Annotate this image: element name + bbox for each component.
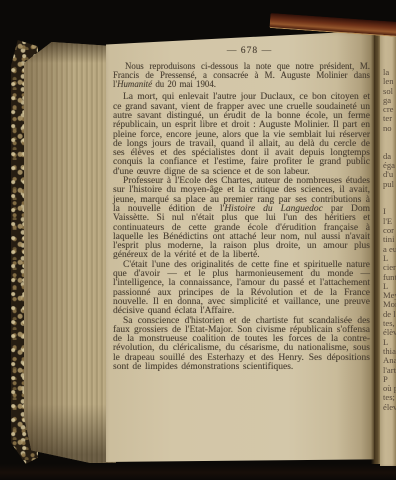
paragraph-3: C'était l'une des originalités de cette … <box>113 261 370 317</box>
paragraph-3-text: C'était l'une des originalités de cette … <box>113 260 370 316</box>
book-page: — 678 — Nous reproduisons ci-dessous la … <box>106 28 374 462</box>
journal-title-humanite: Humanité <box>117 79 152 89</box>
right-page-fragment <box>383 133 396 142</box>
book-gutter-shadow <box>371 26 380 464</box>
paragraph-2-text-end: par Dom Vaissètte. Si nul n'était plus q… <box>113 204 370 260</box>
fanned-page-edges <box>24 42 116 463</box>
note-text-end: du 20 mai 1904. <box>152 79 216 89</box>
paragraph-2: Professeur à l'Ecole des Chartes, auteur… <box>113 177 370 261</box>
paragraph-4: Sa conscience d'historien et de chartist… <box>113 317 370 373</box>
right-page-fragments: lalensolgacreternodaégad'upulIl'Ecortini… <box>383 68 396 412</box>
bottom-shadow <box>0 464 396 480</box>
facing-page-sliver: lalensolgacreternodaégad'upulIl'Ecortini… <box>380 26 396 466</box>
right-page-fragment <box>383 189 396 198</box>
paragraph-1: La mort, qui enlevait l'autre jour Ducla… <box>113 93 370 177</box>
page-number: — 678 — <box>113 46 370 55</box>
book-photo: — 678 — Nous reproduisons ci-dessous la … <box>0 0 396 480</box>
page-text-block: — 678 — Nous reproduisons ci-dessous la … <box>106 28 374 462</box>
right-page-fragment: no <box>383 124 396 133</box>
editorial-note: Nous reproduisons ci-dessous la note que… <box>113 62 370 88</box>
paragraph-4-text: Sa conscience d'historien et de chartist… <box>113 316 370 372</box>
right-page-fragment: pul <box>383 180 396 189</box>
right-page-fragment: élev <box>383 403 396 412</box>
paragraph-1-text: La mort, qui enlevait l'autre jour Ducla… <box>113 92 370 176</box>
